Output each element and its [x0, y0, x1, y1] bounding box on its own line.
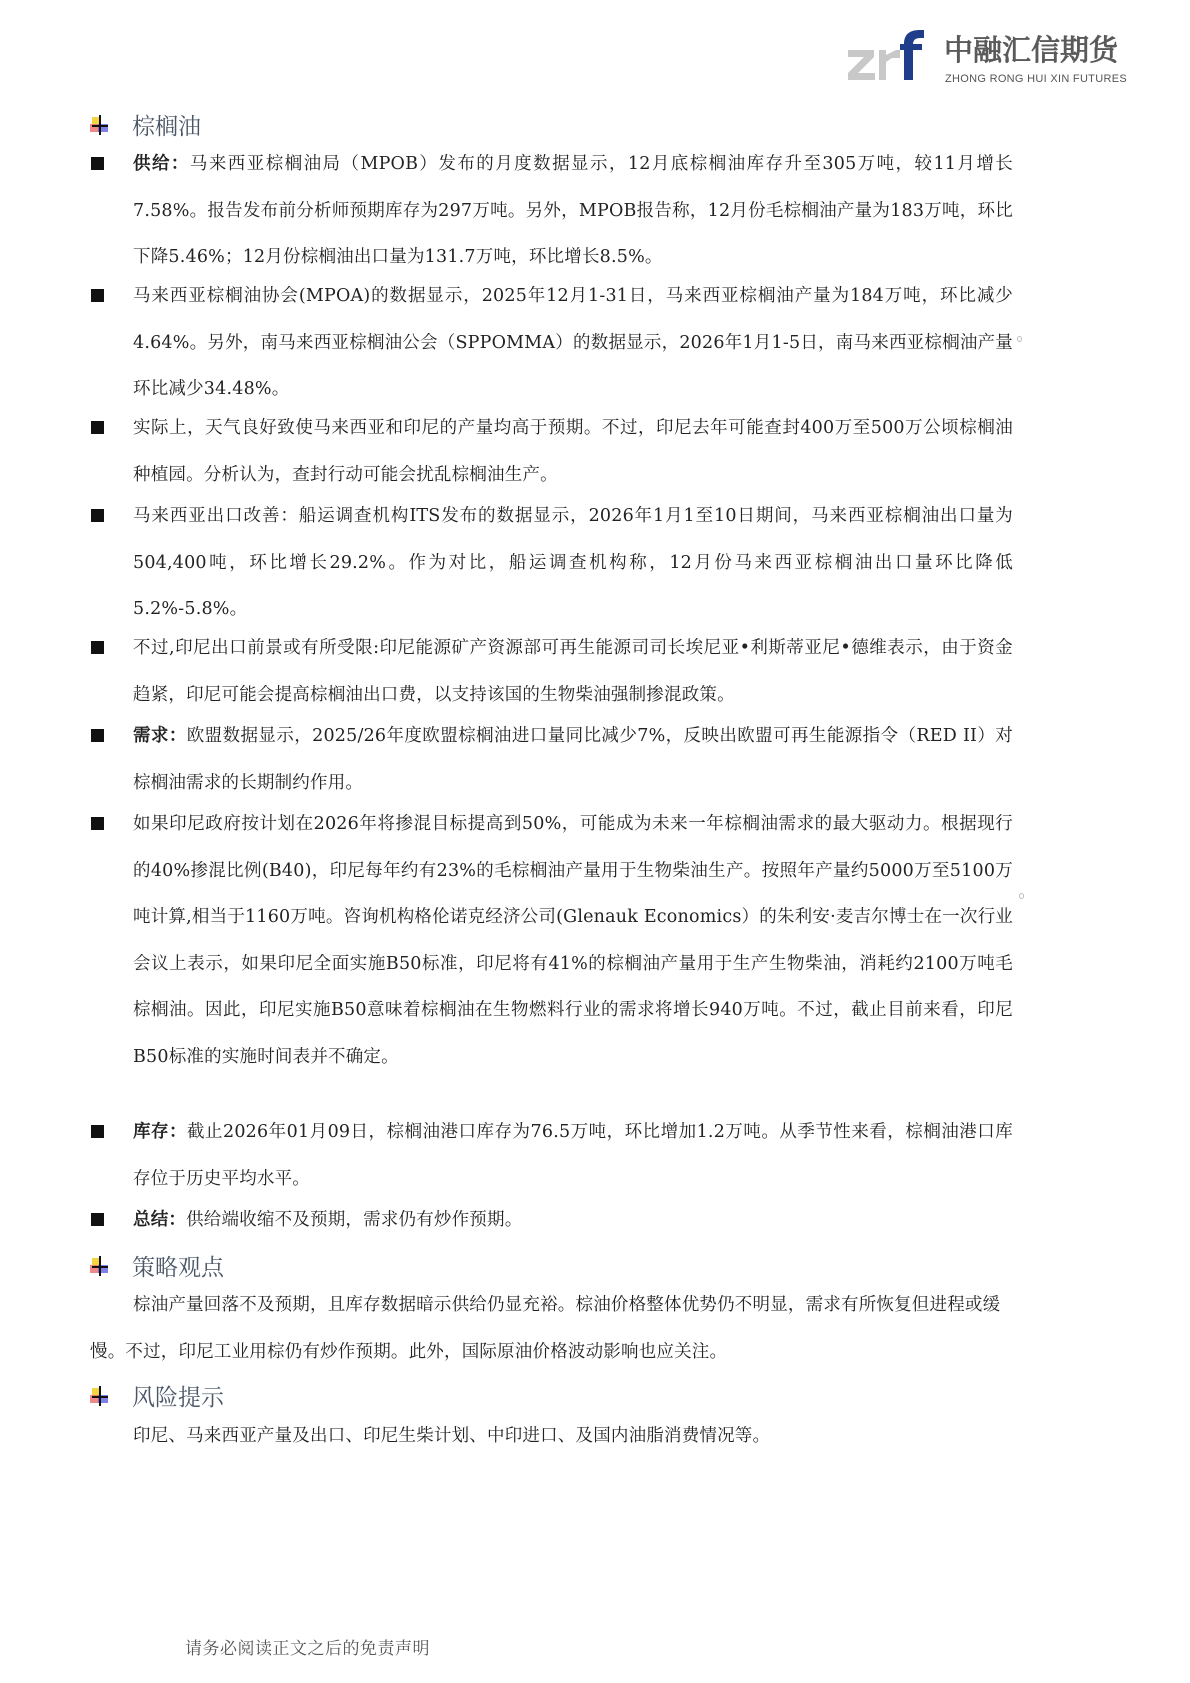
- square-bullet-icon: [91, 1213, 104, 1226]
- list-item-inventory: 库存：截止2026年01月09日，棕榈油港口库存为76.5万吨，环比增加1.2万…: [133, 1109, 1013, 1202]
- logo-chinese-name: 中融汇信期货: [944, 36, 1118, 65]
- square-bullet-icon: [91, 289, 104, 302]
- logo-english-name: ZHONG RONG HUI XIN FUTURES: [945, 74, 1127, 85]
- section-heading-strategy: 策略观点: [90, 1247, 224, 1283]
- item-text: 马来西亚出口改善：船运调查机构ITS发布的数据显示，2026年1月1至10日期间…: [133, 506, 1013, 619]
- list-item-supply: 供给：马来西亚棕榈油局（MPOB）发布的月度数据显示，12月底棕榈油库存升至30…: [133, 141, 1013, 281]
- square-bullet-icon: [91, 421, 104, 434]
- square-bullet-icon: [91, 641, 104, 654]
- square-bullet-icon: [91, 509, 104, 522]
- list-item-malaysia-exports: 马来西亚出口改善：船运调查机构ITS发布的数据显示，2026年1月1至10日期间…: [133, 493, 1013, 633]
- item-text: 供给端收缩不及预期，需求仍有炒作预期。: [186, 1210, 522, 1230]
- section-title: 风险提示: [132, 1379, 224, 1412]
- section-heading-palm-oil: 棕榈油: [90, 106, 201, 142]
- square-bullet-icon: [91, 817, 104, 830]
- item-text: 不过,印尼出口前景或有所受限:印尼能源矿产资源部可再生能源司司长埃尼亚•利斯蒂亚…: [133, 638, 1013, 705]
- item-label: 需求：: [133, 726, 187, 746]
- risk-paragraph: 印尼、马来西亚产量及出口、印尼生柴计划、中印进口、及国内油脂消费情况等。: [90, 1413, 1013, 1460]
- section-heading-risk: 风险提示: [90, 1377, 224, 1413]
- zrf-logo-mark-icon: [848, 28, 938, 88]
- company-logo: 中融汇信期货 ZHONG RONG HUI XIN FUTURES: [848, 28, 1128, 88]
- stray-mark: [1019, 893, 1024, 899]
- section-title: 棕榈油: [132, 108, 201, 141]
- item-label: 库存：: [133, 1122, 187, 1142]
- list-item-summary: 总结：供给端收缩不及预期，需求仍有炒作预期。: [133, 1197, 1013, 1244]
- footer-disclaimer: 请务必阅读正文之后的免责声明: [185, 1634, 430, 1659]
- plus-bullet-icon: [90, 1254, 110, 1276]
- strategy-paragraph: 棕油产量回落不及预期，且库存数据暗示供给仍显充裕。棕油价格整体优势仍不明显，需求…: [90, 1282, 1013, 1375]
- item-label: 供给：: [133, 154, 190, 174]
- list-item-indonesia-b50: 如果印尼政府按计划在2026年将掺混目标提高到50%，可能成为未来一年棕榈油需求…: [133, 801, 1013, 1080]
- item-text: 如果印尼政府按计划在2026年将掺混目标提高到50%，可能成为未来一年棕榈油需求…: [133, 814, 1013, 1067]
- list-item-mpoa: 马来西亚棕榈油协会(MPOA)的数据显示，2025年12月1-31日，马来西亚棕…: [133, 273, 1013, 413]
- list-item-demand: 需求：欧盟数据显示，2025/26年度欧盟棕榈油进口量同比减少7%，反映出欧盟可…: [133, 713, 1013, 806]
- plus-bullet-icon: [90, 1384, 110, 1406]
- square-bullet-icon: [91, 157, 104, 170]
- item-text: 马来西亚棕榈油局（MPOB）发布的月度数据显示，12月底棕榈油库存升至305万吨…: [133, 154, 1013, 267]
- list-item-weather: 实际上，天气良好致使马来西亚和印尼的产量均高于预期。不过，印尼去年可能查封400…: [133, 405, 1013, 498]
- square-bullet-icon: [91, 1125, 104, 1138]
- item-text: 欧盟数据显示，2025/26年度欧盟棕榈油进口量同比减少7%，反映出欧盟可再生能…: [133, 726, 1013, 793]
- item-text: 实际上，天气良好致使马来西亚和印尼的产量均高于预期。不过，印尼去年可能查封400…: [133, 418, 1013, 485]
- plus-bullet-icon: [90, 113, 110, 135]
- item-text: 截止2026年01月09日，棕榈油港口库存为76.5万吨，环比增加1.2万吨。从…: [133, 1122, 1013, 1189]
- item-label: 总结：: [133, 1210, 186, 1230]
- list-item-indonesia-exports: 不过,印尼出口前景或有所受限:印尼能源矿产资源部可再生能源司司长埃尼亚•利斯蒂亚…: [133, 625, 1013, 718]
- square-bullet-icon: [91, 729, 104, 742]
- item-text: 马来西亚棕榈油协会(MPOA)的数据显示，2025年12月1-31日，马来西亚棕…: [133, 286, 1013, 399]
- stray-mark: [1017, 336, 1022, 342]
- section-title: 策略观点: [132, 1249, 224, 1282]
